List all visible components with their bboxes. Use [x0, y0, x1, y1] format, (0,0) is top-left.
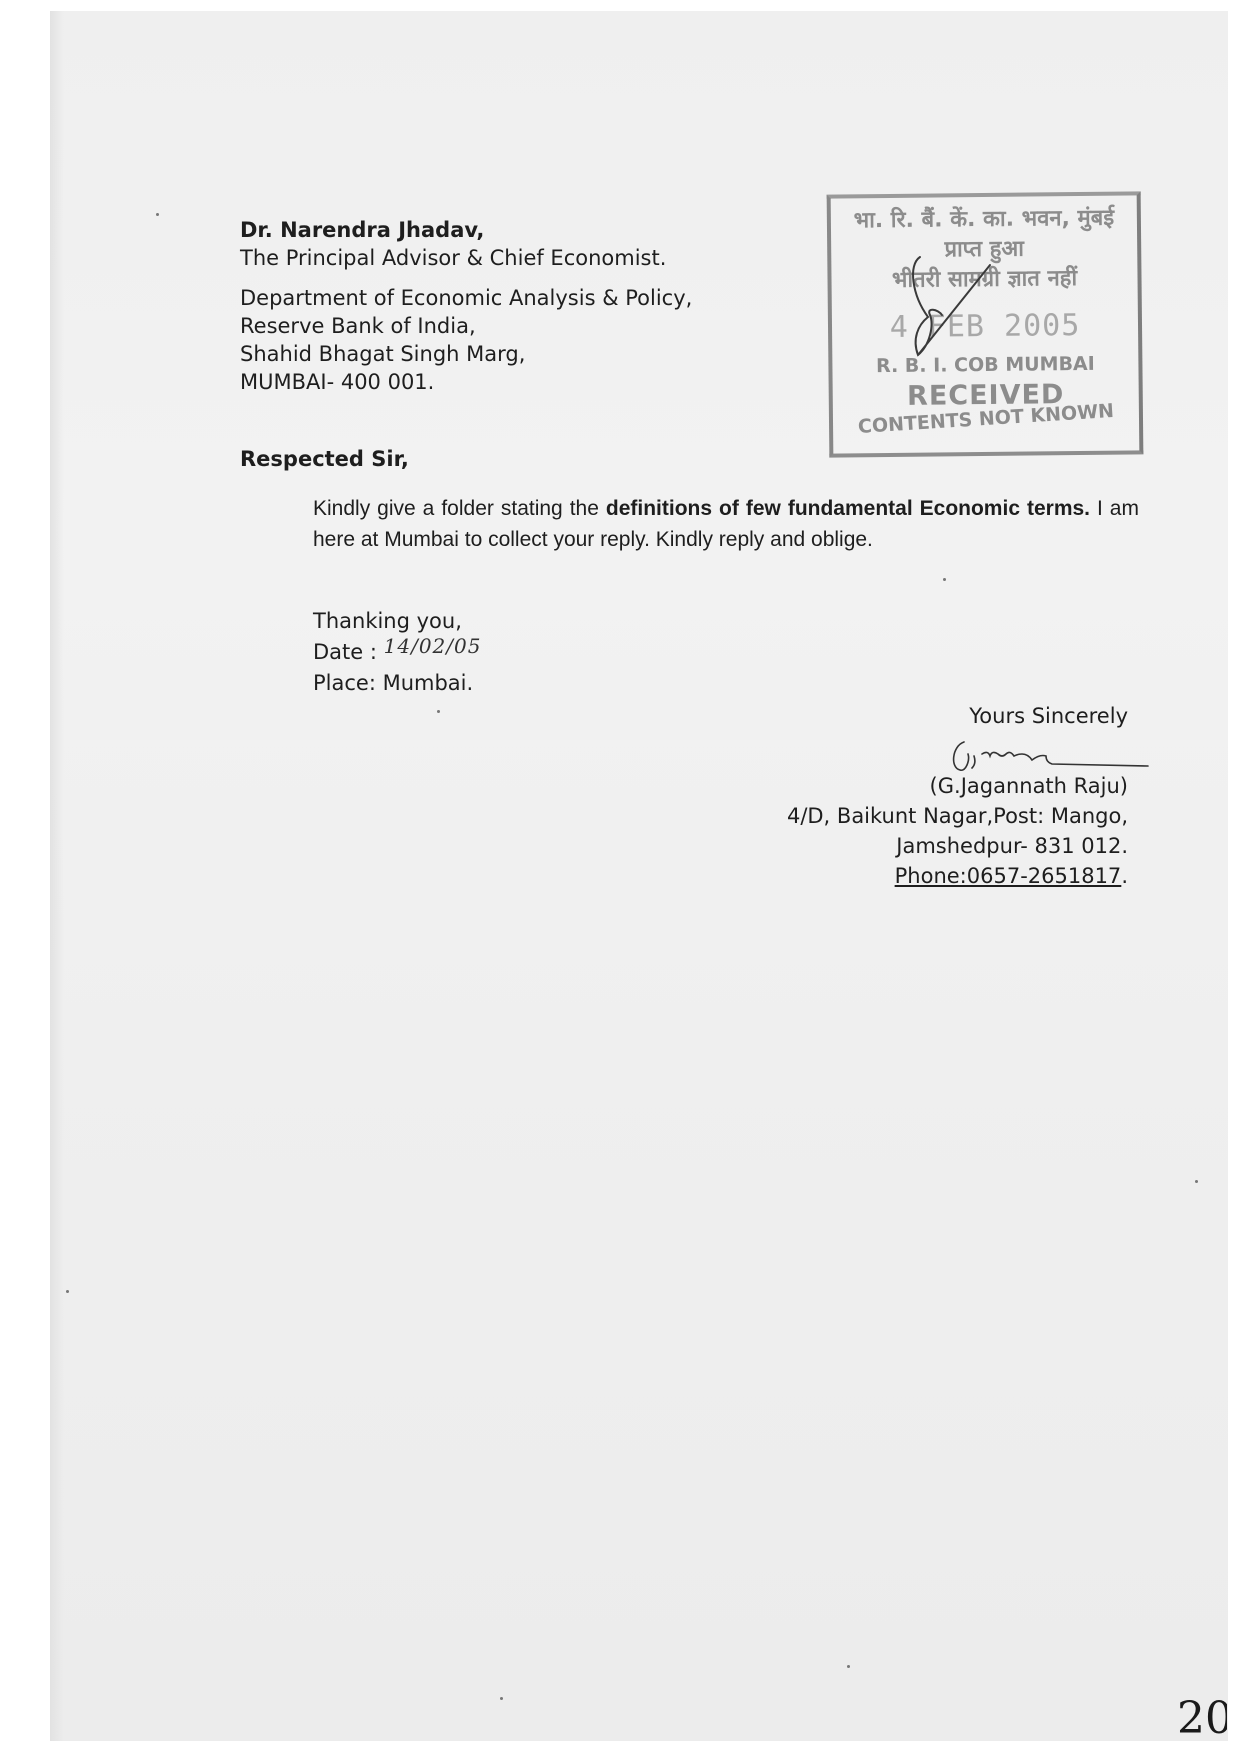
- scan-speck: [66, 1290, 69, 1293]
- sender-phone: Phone:0657-2651817: [895, 864, 1122, 888]
- scan-speck: [943, 578, 946, 581]
- body-text-before: Kindly give a folder stating the: [313, 497, 606, 520]
- handwritten-date: 14/02/05: [384, 634, 482, 658]
- sender-block: Yours Sincerely (G.Jagannath Raju) 4/D, …: [787, 703, 1128, 893]
- date-label: Date :: [313, 640, 384, 664]
- recipient-department: Department of Economic Analysis & Policy…: [240, 285, 692, 313]
- scan-speck: [156, 213, 159, 216]
- closing-block: Thanking you, Date : 14/02/05 Place: Mum…: [313, 608, 481, 701]
- signoff-line: Yours Sincerely: [787, 703, 1128, 733]
- scan-speck: [847, 1665, 850, 1668]
- recipient-name: Dr. Narendra Jhadav,: [240, 217, 692, 245]
- recipient-title: The Principal Advisor & Chief Economist.: [240, 245, 692, 273]
- scan-speck: [500, 1697, 503, 1700]
- recipient-street: Shahid Bhagat Singh Marg,: [240, 341, 692, 369]
- recipient-address-block: Dr. Narendra Jhadav, The Principal Advis…: [240, 217, 692, 397]
- phone-period: .: [1121, 864, 1128, 888]
- sender-name: (G.Jagannath Raju): [787, 773, 1128, 803]
- recipient-organization: Reserve Bank of India,: [240, 313, 692, 341]
- handwritten-page-number: 20: [1177, 1693, 1227, 1744]
- place-line: Place: Mumbai.: [313, 670, 481, 701]
- sender-address-line2: Jamshedpur- 831 012.: [787, 833, 1128, 863]
- stamp-hindi-line1: भा. रि. बैं. कें. का. भवन, मुंबई: [831, 203, 1137, 236]
- page-edge-shadow: [50, 11, 64, 1741]
- sender-address-line1: 4/D, Baikunt Nagar,Post: Mango,: [787, 803, 1128, 833]
- salutation: Respected Sir,: [240, 446, 409, 473]
- stamp-initials-signature: [890, 255, 1000, 365]
- body-bold-text: definitions of few fundamental Economic …: [606, 497, 1090, 520]
- letter-body: Kindly give a folder stating the definit…: [313, 493, 1139, 555]
- scan-speck: [437, 710, 440, 713]
- scan-speck: [1195, 1180, 1198, 1183]
- recipient-city: MUMBAI- 400 001.: [240, 369, 692, 397]
